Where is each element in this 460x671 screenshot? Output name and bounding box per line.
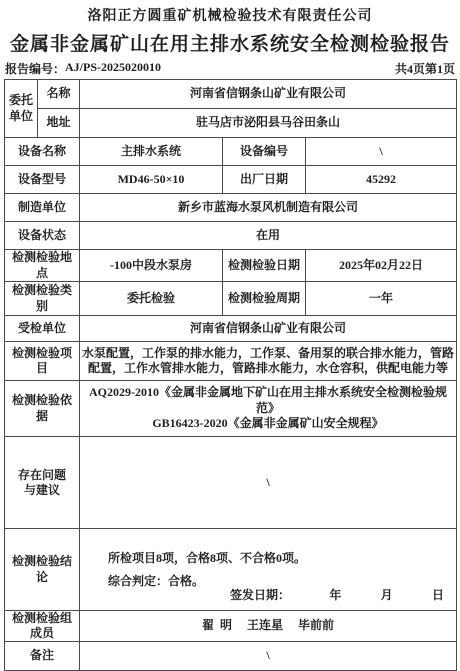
- device-name-value: 主排水系统: [80, 138, 223, 166]
- inspection-items-value: 水泵配置，工作泵的排水能力，工作泵、备用泵的联合排水能力，管路配置，工作水管排水…: [80, 342, 457, 381]
- problems-value: \: [80, 437, 457, 529]
- company-name: 洛阳正方圆重矿机械检验技术有限责任公司: [0, 5, 460, 25]
- conclusion-value: 所检项目8项，合格8项、不合格0项。 综合判定：合格。 签发日期： 年 月 日: [80, 529, 457, 611]
- client-addr-label: 地址: [38, 109, 80, 138]
- manufacturer-value: 新乡市蓝海水泵风机制造有限公司: [80, 194, 457, 222]
- problems-label-line1: 存在问题: [7, 468, 77, 483]
- inspected-unit-value: 河南省信钢条山矿业有限公司: [80, 316, 457, 342]
- report-meta: 报告编号： AJ/PS-2025020010 共4页第1页: [0, 56, 460, 79]
- inspection-cycle-label: 检测检验周期: [223, 282, 306, 316]
- basis-line-1: AQ2029-2010《金属非金属地下矿山在用主排水系统安全检测检验规范》: [82, 385, 454, 416]
- report-table: 委托单位 名称 河南省信钢条山矿业有限公司 地址 驻马店市泌阳县马谷田条山 设备…: [4, 79, 457, 671]
- team-label-line1: 检测检验组: [7, 611, 77, 626]
- inspection-category-label: 检测检验类别: [5, 282, 80, 316]
- inspection-date-label: 检测检验日期: [223, 250, 306, 282]
- problems-label-line2: 与建议: [7, 483, 77, 498]
- conclusion-label: 检测检验结论: [5, 529, 80, 611]
- device-status-label: 设备状态: [5, 222, 80, 250]
- sign-date-month: 月: [381, 588, 393, 604]
- sign-date-year: 年: [329, 588, 341, 604]
- conclusion-lines: 所检项目8项，合格8项、不合格0项。 综合判定：合格。: [82, 542, 454, 590]
- sign-date-label: 签发日期：: [230, 588, 290, 604]
- client-name-value: 河南省信钢条山矿业有限公司: [80, 80, 457, 109]
- sign-date-line: 签发日期： 年 月 日: [80, 588, 456, 604]
- manufacturer-label: 制造单位: [5, 194, 80, 222]
- client-unit-label: 委托单位: [5, 80, 38, 138]
- report-number-label: 报告编号：: [5, 60, 65, 77]
- inspected-unit-label: 受检单位: [5, 316, 80, 342]
- device-model-label: 设备型号: [5, 166, 80, 194]
- client-name-label: 名称: [38, 80, 80, 109]
- problems-label: 存在问题 与建议: [5, 437, 80, 529]
- device-no-label: 设备编号: [223, 138, 306, 166]
- client-addr-value: 驻马店市泌阳县马谷田条山: [80, 109, 457, 138]
- basis-line-2: GB16423-2020《金属非金属矿山安全规程》: [82, 416, 454, 432]
- report-number: 报告编号： AJ/PS-2025020010: [5, 60, 161, 77]
- inspection-location-label: 检测检验地点: [5, 250, 80, 282]
- inspection-cycle-value: 一年: [306, 282, 457, 316]
- team-label: 检测检验组 成员: [5, 611, 80, 642]
- device-status-value: 在用: [80, 222, 457, 250]
- team-members-value: 翟 明 王连星 毕前前: [80, 611, 457, 642]
- inspection-basis-value: AQ2029-2010《金属非金属地下矿山在用主排水系统安全检测检验规范》 GB…: [80, 381, 457, 437]
- conclusion-line-1: 所检项目8项，合格8项、不合格0项。: [108, 551, 448, 567]
- sign-date-day: 日: [432, 588, 444, 604]
- inspection-basis-label: 检测检验依据: [5, 381, 80, 437]
- device-no-value: \: [306, 138, 457, 166]
- inspection-category-value: 委托检验: [80, 282, 223, 316]
- report-number-value: AJ/PS-2025020010: [65, 60, 161, 77]
- page-indicator: 共4页第1页: [395, 60, 455, 77]
- device-name-label: 设备名称: [5, 138, 80, 166]
- inspection-date-value: 2025年02月22日: [306, 250, 457, 282]
- mfg-date-label: 出厂日期: [223, 166, 306, 194]
- remark-label: 备注: [5, 642, 80, 671]
- report-title: 金属非金属矿山在用主排水系统安全检测检验报告: [0, 29, 460, 56]
- device-model-value: MD46-50×10: [80, 166, 223, 194]
- remark-value: \: [80, 642, 457, 671]
- inspection-items-label: 检测检验项目: [5, 342, 80, 381]
- team-label-line2: 成员: [7, 626, 77, 641]
- inspection-location-value: -100中段水泵房: [80, 250, 223, 282]
- mfg-date-value: 45292: [306, 166, 457, 194]
